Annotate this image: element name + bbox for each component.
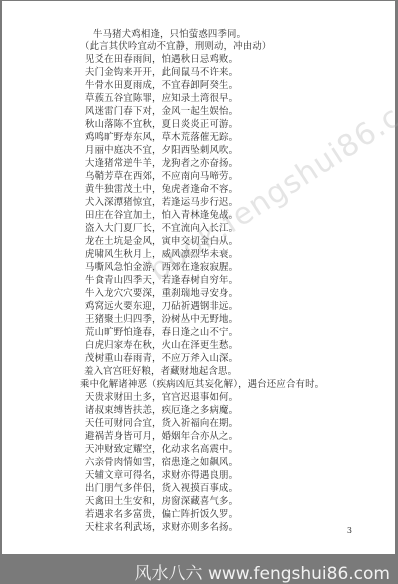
footer-watermark-text: 风水八六 www.fengshui86.com [135,559,390,584]
verse-line: 乘中化解诸神恶（疾病凶厄其妄化解），遇台还应合有时。 [80,379,324,391]
verse-line: 若遇求名多富贵，偏亡阵折饭久罗。 [85,509,238,521]
verse-line: 鸡窝远火要东迎，刀砧祈遇钢非远。 [85,301,238,313]
verse-line: 茂树重山春雨青，不应万斧入山深。 [85,353,238,365]
verse-line: 黄牛独雷茂土中，兔虎者逢命不容。 [85,184,238,196]
verse-line: 天禽田土生安和，房窗深藏喜气多。 [85,496,238,508]
verse-line: 天柱求名利武场，求财亦则多名扬。 [85,522,238,534]
footer-watermark-bar: 风水八六 www.fengshui86.com [0,555,398,584]
verse-line: 草蔟五谷宜陈罪，应知录土湾很早。 [85,93,238,105]
verse-line: 六亲骨肉情如雪，宿患逢之如飙风。 [85,457,238,469]
verse-line: 避祸苦身皆可月，婚姻年合亦从之。 [85,431,238,443]
verse-line: 王猪聚土归四季，汾树丛中无野地。 [85,314,238,326]
verse-line: 诸叔束缚皆扶恙，疾厄逢之多病魔。 [85,405,238,417]
verse-line: 羞入官宫旺好粮，者藏财地起含思。 [84,366,237,378]
verse-line: 月丽中庭决不宜，夕阳西坠刺风吹。 [85,145,238,157]
verse-line: 大逢猪常逆牛羊，龙狗者之亦奋扬。 [85,158,238,170]
verse-line: 夫门金钩来开开，此间鼠马不许来。 [85,67,238,79]
verse-line: 牛入龙穴穴要深，重刹瑞地寻安身。 [85,288,238,300]
verse-line: 秋山落陈不宜秋，夏日炎炎正可游。 [85,119,238,131]
verse-line: 乌鞘芳草在西郊，不应南向马啼劳。 [85,171,238,183]
verse-line: 牛马猪犬鸡相逢，只怕萤惑四季同。 [93,29,246,41]
verse-line: 天辅文章可得名，求财亦得遇良朋。 [85,470,238,482]
verse-line: 荒山旷野怕逢春，春日逢之山不宁。 [85,327,238,339]
verse-line: 牛骨水田夏雨成，不宜春卸阿癸生。 [85,80,238,92]
verse-line: 白虎归家寿在秋，火山在泽更生愁。 [85,340,238,352]
verse-line: 犬入深潭猪惊宜，若逢运马步行迟。 [85,197,238,209]
verse-line: 天冲财致定耀空，化动求名高震中。 [85,444,238,456]
verse-line: 天贵求财田土多，官宫迟退事如何。 [85,392,238,404]
page-number: 3 [347,526,352,535]
verse-line: 天任可财同合宜，货入祈福向在期。 [85,418,238,430]
verse-line: 出门朋气多伴侣，货入视摸百事成。 [85,483,238,495]
document-page: 牛马猪犬鸡相逢，只怕萤惑四季同。（此言其伏吟宜动不宜静，刑则动，冲由动）见爻在田… [2,1,395,554]
verse-line: 鸡鸣旷野寿东风，草木荒落催无踪。 [85,132,238,144]
verse-line: 见爻在田春雨间，怕遇秋日忌鸡败。 [85,54,238,66]
verse-line: （此言其伏吟宜动不宜静，刑则动，冲由动） [80,41,272,53]
verse-line: 风迷雷门春下对，金风一起生娱怡。 [85,106,238,118]
